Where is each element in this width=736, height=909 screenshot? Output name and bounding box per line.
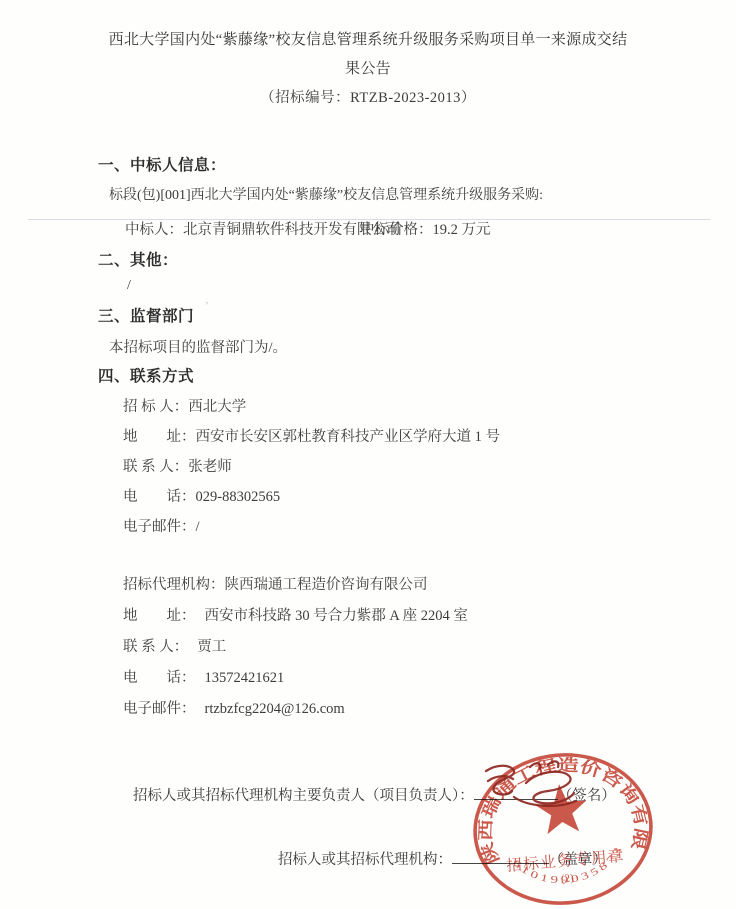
tenderer-label: 电子邮件： — [123, 515, 196, 536]
agency-value: 陕西瑞通工程造价咨询有限公司 — [225, 573, 428, 594]
tenderer-row: 地 址：西安市长安区郭杜教育科技产业区学府大道 1 号 — [123, 425, 500, 446]
agency-label: 招标代理机构： — [123, 573, 225, 594]
agency-label: 电 话： — [123, 666, 196, 687]
tenderer-label: 地 址： — [123, 425, 196, 446]
agency-value: rtzbzfcg2204@126.com — [205, 701, 345, 718]
tenderer-value: 西北大学 — [188, 395, 246, 416]
scanned-document-page: 西北大学国内处“紫藤缘”校友信息管理系统升级服务采购项目单一来源成交结 果公告 … — [0, 0, 736, 909]
agency-row: 电子邮件：rtzbzfcg2204@126.com — [123, 697, 345, 718]
agency-row: 联 系 人：贾工 — [123, 635, 226, 656]
lot-line: 标段(包)[001]西北大学国内处“紫藤缘”校友信息管理系统升级服务采购: — [109, 184, 543, 204]
price-label: 中标价格： — [360, 222, 433, 238]
signature-svg — [468, 757, 592, 811]
tenderer-row: 招 标 人：西北大学 — [123, 395, 246, 416]
tenderer-label: 招 标 人： — [123, 395, 188, 416]
agency-value: 13572421621 — [205, 670, 285, 687]
section-3-heading: 三、监督部门 — [98, 304, 194, 326]
tenderer-label: 电 话： — [123, 485, 196, 506]
doc-title-line1: 西北大学国内处“紫藤缘”校友信息管理系统升级服务采购项目单一来源成交结 — [0, 28, 736, 49]
agency-row: 地 址：西安市科技路 30 号合力紫郡 A 座 2204 室 — [123, 604, 468, 625]
tenderer-label: 联 系 人： — [123, 455, 188, 476]
price-row: 中标价格：19.2 万元 — [360, 218, 491, 239]
tenderer-row: 电子邮件：/ — [123, 515, 200, 536]
tenderer-value: 029-88302565 — [196, 489, 281, 506]
agency-label: 地 址： — [123, 604, 196, 625]
section-1-heading: 一、中标人信息： — [98, 153, 226, 175]
tenderer-row: 联 系 人：张老师 — [123, 455, 232, 476]
section-2-heading: 二、其他： — [98, 248, 178, 270]
tenderer-row: 电 话：029-88302565 — [123, 485, 280, 506]
agency-value: 西安市科技路 30 号合力紫郡 A 座 2204 室 — [205, 604, 468, 625]
handwritten-signature — [468, 757, 592, 811]
price-value: 19.2 万元 — [433, 222, 491, 238]
winner-label: 中标人： — [125, 222, 183, 238]
other-content: / — [127, 278, 131, 294]
doc-title-line2: 果公告 — [0, 57, 736, 78]
agency-label: 电子邮件： — [123, 697, 196, 718]
tenderer-value: 西安市长安区郭杜教育科技产业区学府大道 1 号 — [196, 425, 501, 446]
agency-value: 贾工 — [197, 635, 226, 656]
agency-seal-label: 招标人或其招标代理机构： — [278, 852, 452, 868]
section-4-heading: 四、联系方式 — [98, 364, 194, 386]
principal-label: 招标人或其招标代理机构主要负责人（项目负责人）： — [133, 788, 474, 804]
agency-label: 联 系 人： — [123, 635, 188, 656]
tenderer-value: / — [196, 519, 200, 536]
scan-speck: ’ — [205, 300, 209, 312]
supervision-content: 本招标项目的监督部门为/。 — [109, 336, 287, 357]
bid-number: （招标编号：RTZB-2023-2013） — [0, 86, 736, 107]
agency-row: 电 话：13572421621 — [123, 666, 284, 687]
tenderer-value: 张老师 — [188, 455, 232, 476]
agency-row: 招标代理机构：陕西瑞通工程造价咨询有限公司 — [123, 573, 428, 594]
